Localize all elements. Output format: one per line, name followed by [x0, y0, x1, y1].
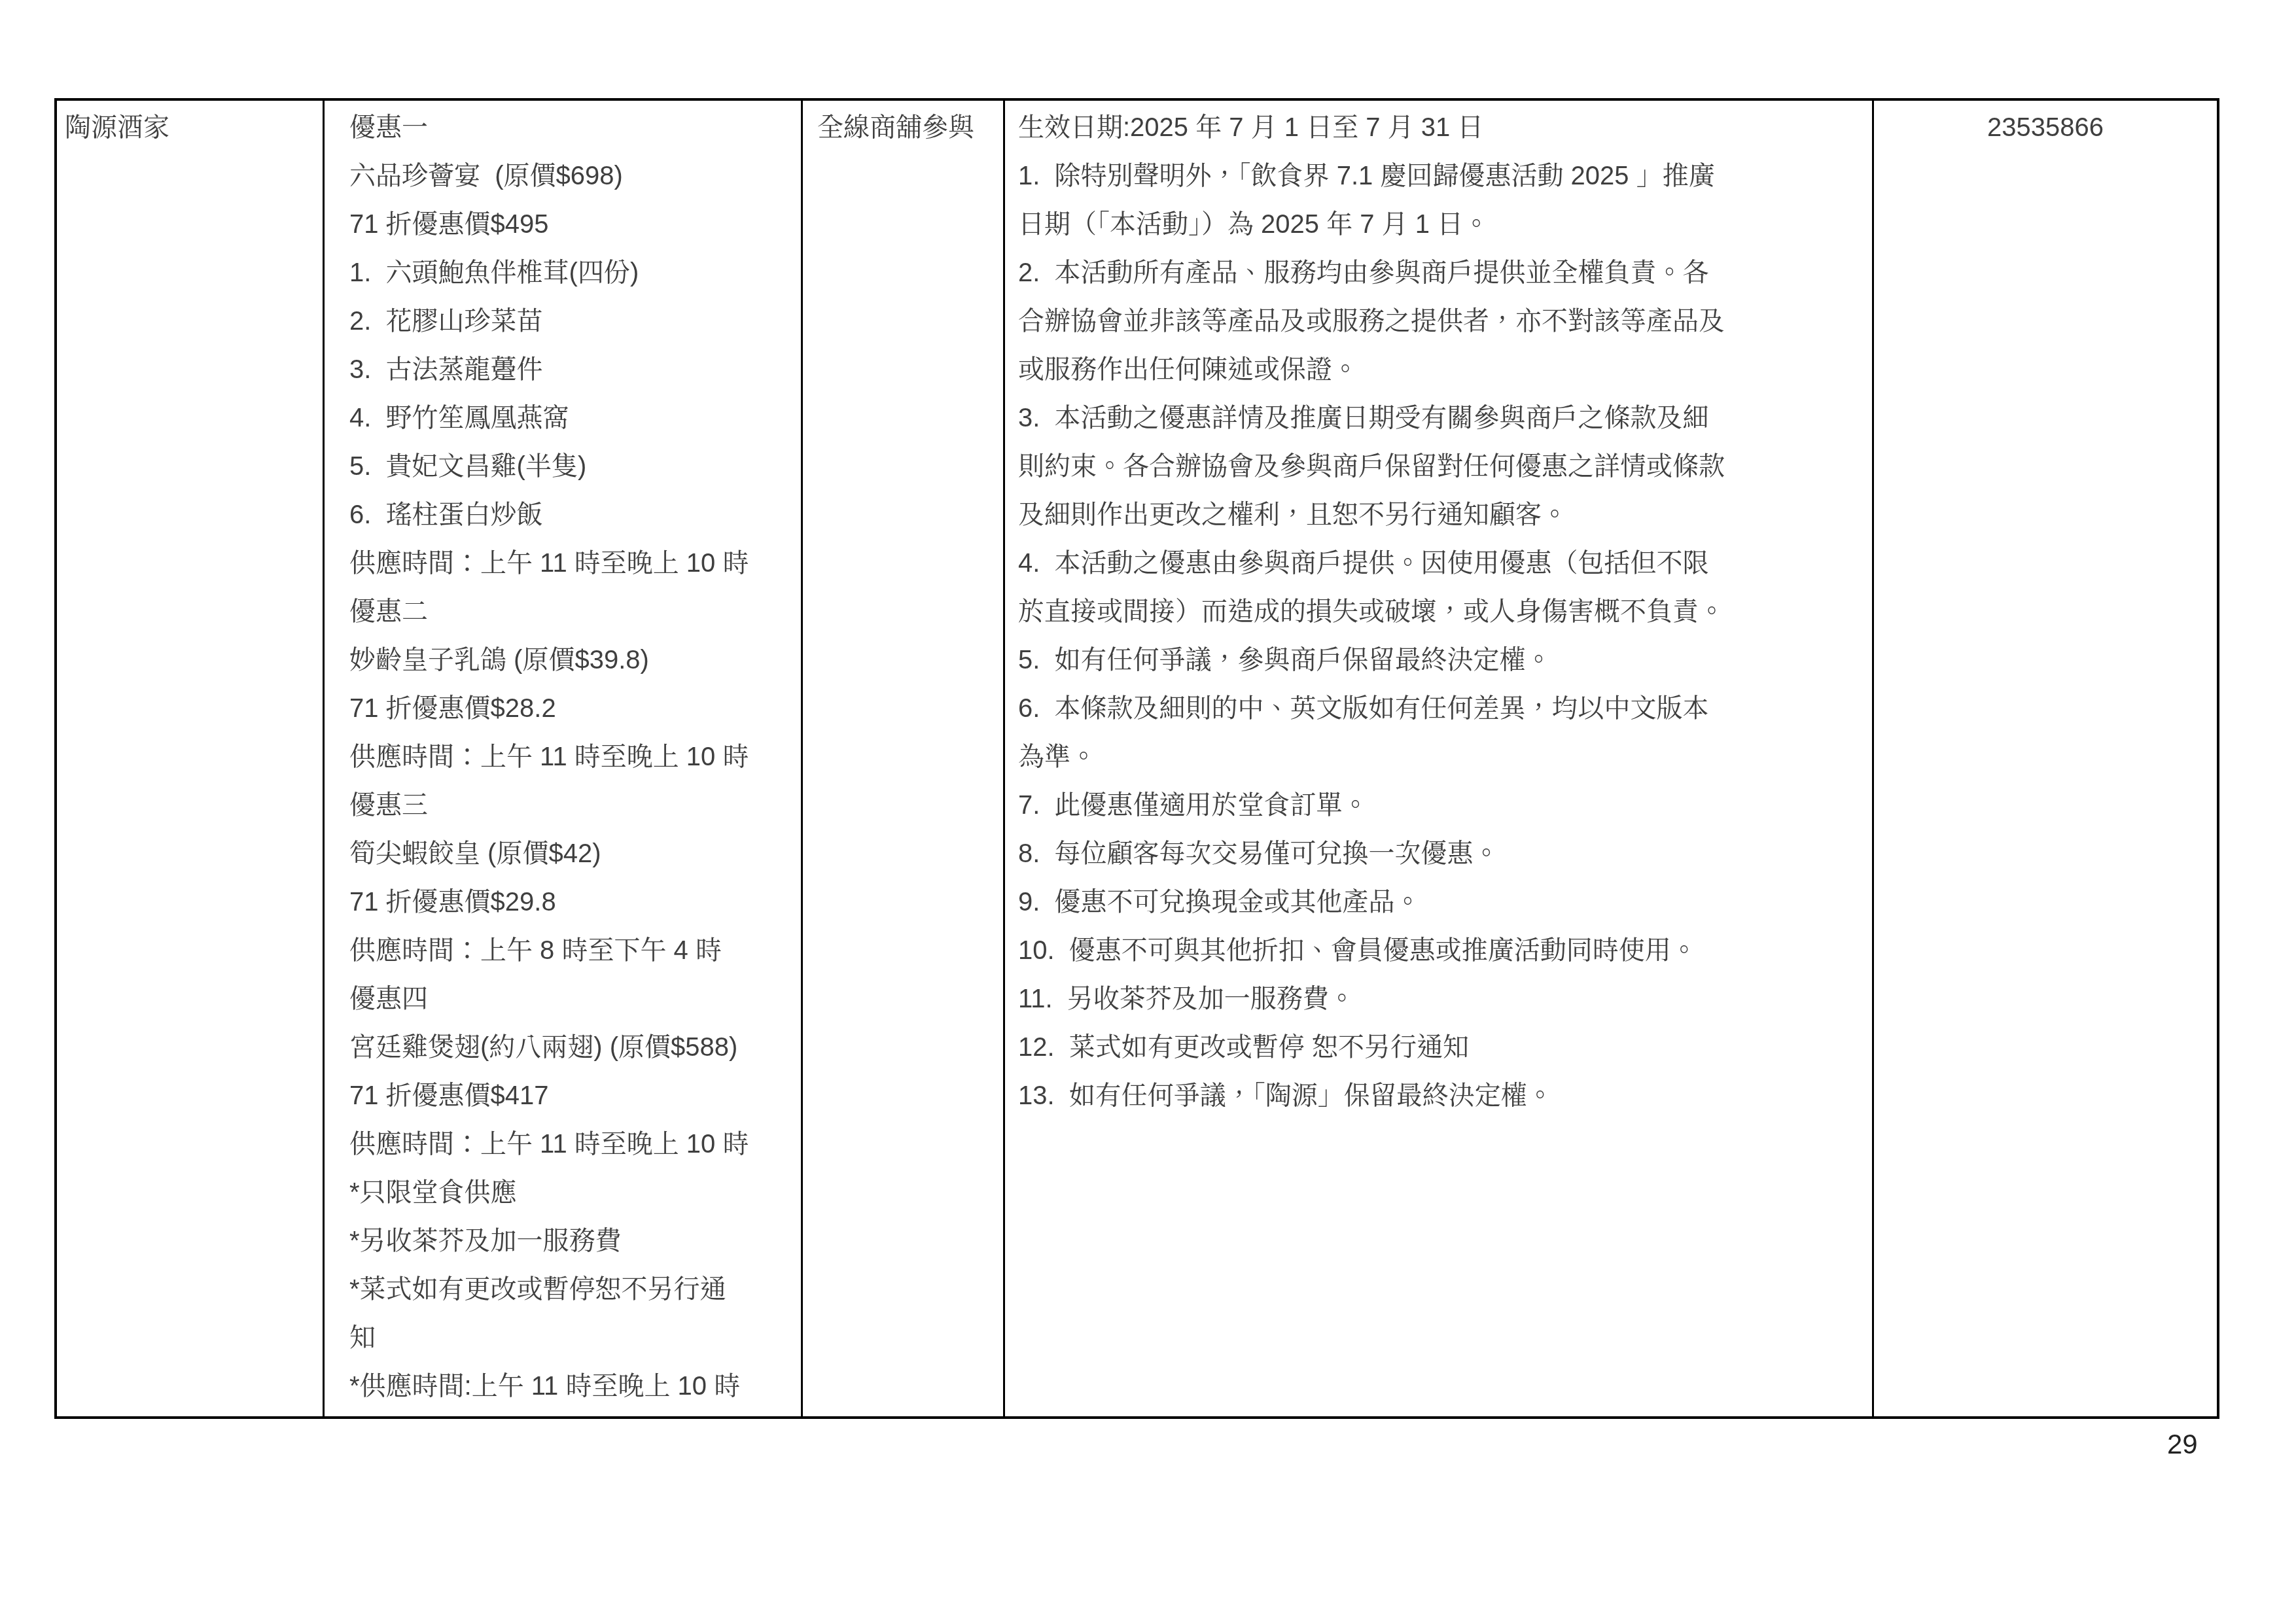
phone-number: 23535866: [1878, 103, 2213, 152]
merchant-cell: 陶源酒家: [57, 101, 325, 1416]
text-line: 供應時間：上午 8 時至下午 4 時: [349, 926, 796, 975]
text-line: 11. 另收茶芥及加一服務費。: [1018, 975, 1865, 1023]
text-line: *供應時間:上午 11 時至晚上 10 時: [349, 1362, 796, 1410]
participation-cell: 全線商舖參與: [803, 101, 1005, 1416]
text-line: 合辦協會並非該等產品及或服務之提供者，亦不對該等產品及: [1018, 297, 1865, 345]
document-page: 陶源酒家 優惠一六品珍薈宴 (原價$698)71 折優惠價$4951. 六頭鮑魚…: [0, 0, 2296, 1623]
text-line: 優惠二: [349, 587, 796, 636]
text-line: 5. 如有任何爭議，參與商戶保留最終決定權。: [1018, 636, 1865, 684]
text-line: 12. 菜式如有更改或暫停 恕不另行通知: [1018, 1023, 1865, 1072]
text-line: 71 折優惠價$495: [349, 200, 796, 249]
text-line: 6. 本條款及細則的中、英文版如有任何差異，均以中文版本: [1018, 684, 1865, 733]
text-line: 優惠三: [349, 781, 796, 829]
text-line: 5. 貴妃文昌雞(半隻): [349, 442, 796, 491]
text-line: 優惠四: [349, 975, 796, 1023]
text-line: *菜式如有更改或暫停恕不另行通: [349, 1265, 796, 1314]
text-line: 2. 花膠山珍菜苗: [349, 297, 796, 345]
text-line: 10. 優惠不可與其他折扣、會員優惠或推廣活動同時使用。: [1018, 926, 1865, 975]
text-line: 3. 本活動之優惠詳情及推廣日期受有關參與商戶之條款及細: [1018, 394, 1865, 442]
text-line: 供應時間：上午 11 時至晚上 10 時: [349, 1120, 796, 1168]
participation-text: 全線商舖參與: [817, 103, 998, 152]
text-line: 日期（「本活動」）為 2025 年 7 月 1 日。: [1018, 200, 1865, 249]
text-line: 4. 野竹笙鳳凰燕窩: [349, 394, 796, 442]
phone-cell: 23535866: [1874, 101, 2217, 1416]
text-line: 7. 此優惠僅適用於堂食訂單。: [1018, 781, 1865, 829]
text-line: 生效日期:2025 年 7 月 1 日至 7 月 31 日: [1018, 103, 1865, 152]
text-line: 2. 本活動所有產品、服務均由參與商戶提供並全權負責。各: [1018, 249, 1865, 297]
text-line: 供應時間：上午 11 時至晚上 10 時: [349, 539, 796, 587]
text-line: 供應時間：上午 11 時至晚上 10 時: [349, 733, 796, 781]
text-line: 則約束。各合辦協會及參與商戶保留對任何優惠之詳情或條款: [1018, 442, 1865, 491]
text-line: 於直接或間接）而造成的損失或破壞，或人身傷害概不負責。: [1018, 587, 1865, 636]
text-line: 妙齡皇子乳鴿 (原價$39.8): [349, 636, 796, 684]
text-line: 6. 瑤柱蛋白炒飯: [349, 491, 796, 539]
promotion-table: 陶源酒家 優惠一六品珍薈宴 (原價$698)71 折優惠價$4951. 六頭鮑魚…: [54, 98, 2219, 1419]
text-line: 13. 如有任何爭議，「陶源」保留最終決定權。: [1018, 1072, 1865, 1120]
text-line: 3. 古法蒸龍躉件: [349, 345, 796, 394]
text-line: 優惠一: [349, 103, 796, 152]
text-line: 為準。: [1018, 733, 1865, 781]
text-line: 或服務作出任何陳述或保證。: [1018, 345, 1865, 394]
text-line: 9. 優惠不可兌換現金或其他產品。: [1018, 878, 1865, 926]
text-line: 六品珍薈宴 (原價$698): [349, 152, 796, 200]
text-line: 宮廷雞煲翅(約八兩翅) (原價$588): [349, 1023, 796, 1072]
text-line: 71 折優惠價$417: [349, 1072, 796, 1120]
text-line: 1. 六頭鮑魚伴椎茸(四份): [349, 249, 796, 297]
text-line: 及細則作出更改之權利，且恕不另行通知顧客。: [1018, 491, 1865, 539]
text-line: 筍尖蝦餃皇 (原價$42): [349, 829, 796, 878]
page-number: 29: [2167, 1426, 2198, 1463]
terms-cell: 生效日期:2025 年 7 月 1 日至 7 月 31 日1. 除特別聲明外，「…: [1005, 101, 1874, 1416]
text-line: 8. 每位顧客每次交易僅可兌換一次優惠。: [1018, 829, 1865, 878]
text-line: 71 折優惠價$28.2: [349, 684, 796, 733]
offers-cell: 優惠一六品珍薈宴 (原價$698)71 折優惠價$4951. 六頭鮑魚伴椎茸(四…: [325, 101, 803, 1416]
text-line: 71 折優惠價$29.8: [349, 878, 796, 926]
text-line: 1. 除特別聲明外，「飲食界 7.1 慶回歸優惠活動 2025 」推廣: [1018, 152, 1865, 200]
merchant-name: 陶源酒家: [65, 103, 317, 152]
text-line: *另收茶芥及加一服務費: [349, 1217, 796, 1265]
text-line: 4. 本活動之優惠由參與商戶提供。因使用優惠（包括但不限: [1018, 539, 1865, 587]
text-line: *只限堂食供應: [349, 1168, 796, 1217]
text-line: 知: [349, 1314, 796, 1362]
